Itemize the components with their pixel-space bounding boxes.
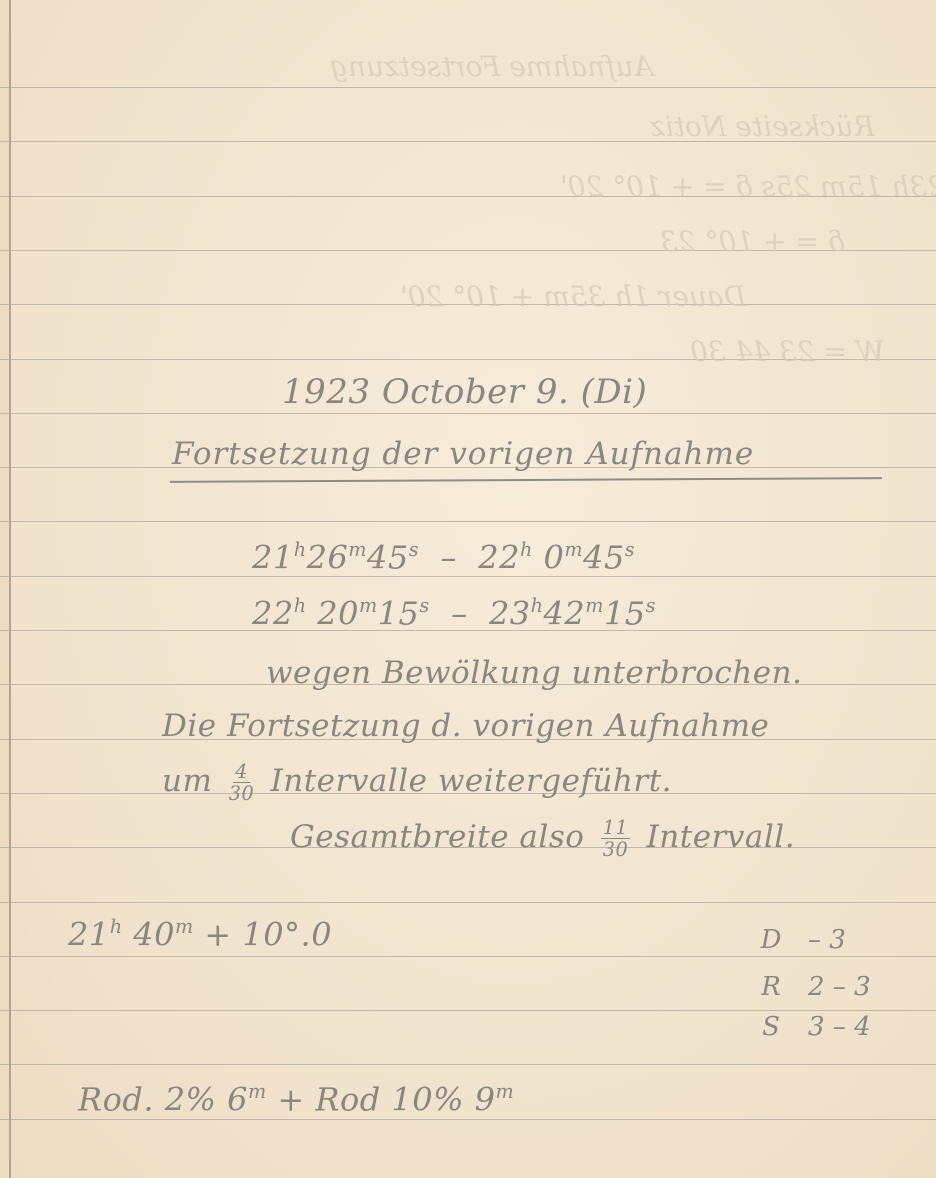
position-coordinates: 21h 40m + 10°.0 <box>68 915 332 954</box>
show-through-line: δ = + 10° 23 <box>660 225 845 258</box>
time-range-2: 22h 20m15s – 23h42m15s <box>252 594 656 633</box>
ruled-line <box>0 87 936 88</box>
ruled-line <box>0 1064 936 1065</box>
heading-underline <box>170 477 882 483</box>
continuation-fraction: 4 30 <box>229 762 254 803</box>
date-weekday: (Di) <box>581 372 648 412</box>
time-range-1: 21h26m45s – 22h 0m45s <box>252 538 635 577</box>
interruption-note: wegen Bewölkung unterbrochen. <box>266 655 802 691</box>
margin-line <box>9 0 11 1178</box>
show-through-line: Aufnahme Fortsetzung <box>330 50 654 83</box>
show-through-line: α = 23h 15m 25s δ = + 10° 20' <box>560 170 936 203</box>
ruled-line <box>0 1119 936 1120</box>
exposure-note: Rod. 2% 6m + Rod 10% 9m <box>78 1080 514 1119</box>
seeing-scale-row-r: R 2 – 3 <box>760 972 871 1002</box>
show-through-line: Rückseite Notiz <box>650 110 875 143</box>
notebook-page: Aufnahme FortsetzungRückseite Notizα = 2… <box>0 0 936 1178</box>
ruled-line <box>0 956 936 957</box>
ruled-line <box>0 413 936 414</box>
total-fraction: 11 30 <box>601 818 630 859</box>
continuation-line-1: Die Fortsetzung d. vorigen Aufnahme <box>162 708 769 744</box>
ruled-line <box>0 521 936 522</box>
entry-heading: Fortsetzung der vorigen Aufnahme <box>172 436 754 472</box>
show-through-line: Dauer 1h 35m + 10° 20' <box>400 280 746 313</box>
total-width-line: Gesamtbreite also 11 30 Intervall. <box>290 818 795 859</box>
seeing-scale-row-s: S 3 – 4 <box>760 1012 871 1042</box>
ruled-line <box>0 902 936 903</box>
continuation-line-2: um 4 30 Intervalle weitergeführt. <box>162 762 672 803</box>
date-text: October 9. <box>382 372 569 412</box>
seeing-scale-row-d: D – 3 <box>760 925 846 955</box>
show-through-line: W = 23 44 30 <box>690 335 885 368</box>
entry-date: 1923 October 9. (Di) <box>282 372 647 412</box>
date-year: 1923 <box>282 372 371 412</box>
ruled-line <box>0 1010 936 1011</box>
